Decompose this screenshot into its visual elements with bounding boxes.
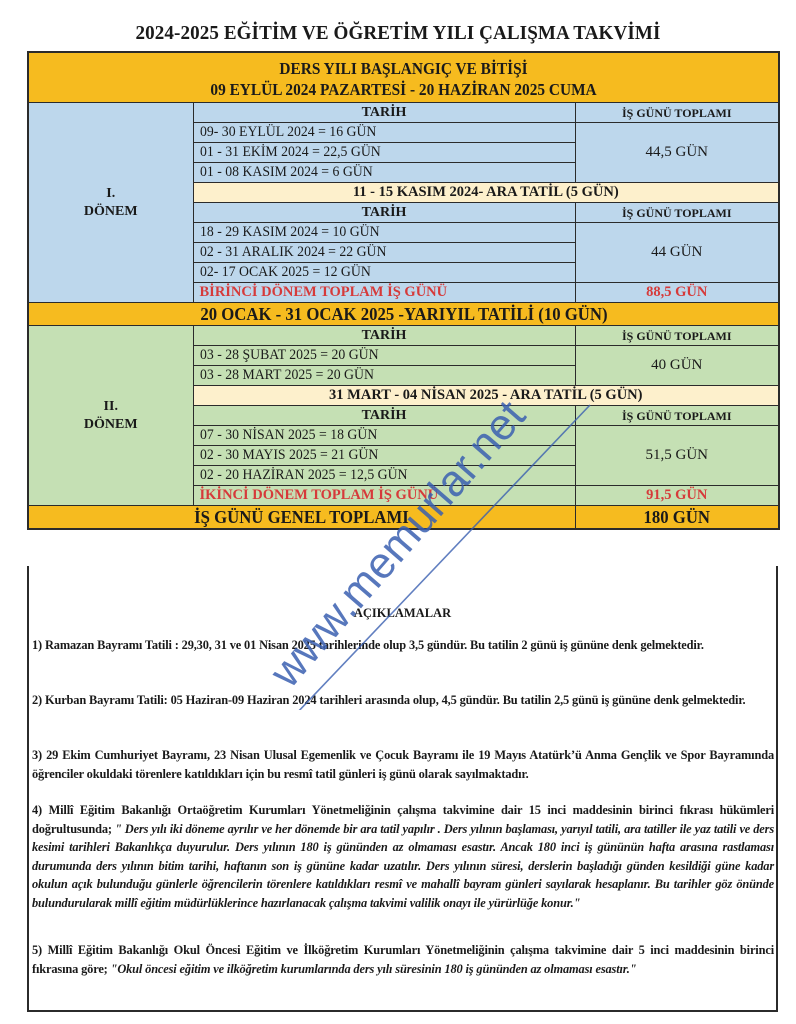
mid-term-break: 11 - 15 KASIM 2024- ARA TATİL (5 GÜN) — [193, 183, 779, 203]
note-item: 2) Kurban Bayramı Tatili: 05 Haziran-09 … — [32, 691, 774, 710]
column-header-date: TARİH — [193, 103, 575, 123]
semester1-label-text: DÖNEM — [29, 203, 193, 221]
mid-term-break: 31 MART - 04 NİSAN 2025 - ARA TATİL (5 G… — [193, 386, 779, 406]
semester2-label: II. DÖNEM — [28, 326, 193, 506]
column-header-total: İŞ GÜNÜ TOPLAMI — [575, 326, 779, 346]
column-header-date: TARİH — [193, 326, 575, 346]
semester1-label-number: I. — [29, 185, 193, 203]
column-header-total: İŞ GÜNÜ TOPLAMI — [575, 103, 779, 123]
semester-break: 20 OCAK - 31 OCAK 2025 -YARIYIL TATİLİ (… — [28, 303, 779, 326]
date-range-row: 02 - 30 MAYIS 2025 = 21 GÜN — [193, 446, 575, 466]
date-range-row: 02- 17 OCAK 2025 = 12 GÜN — [193, 263, 575, 283]
subtotal-value: 44,5 GÜN — [575, 123, 779, 183]
date-range-row: 01 - 31 EKİM 2024 = 22,5 GÜN — [193, 143, 575, 163]
column-header-date: TARİH — [193, 406, 575, 426]
date-range-row: 03 - 28 ŞUBAT 2025 = 20 GÜN — [193, 346, 575, 366]
semester2-label-number: II. — [29, 398, 193, 416]
date-range-row: 02 - 31 ARALIK 2024 = 22 GÜN — [193, 243, 575, 263]
note-item: 5) Millî Eğitim Bakanlığı Okul Öncesi Eğ… — [32, 941, 774, 978]
date-range-row: 18 - 29 KASIM 2024 = 10 GÜN — [193, 223, 575, 243]
subtotal-value: 44 GÜN — [575, 223, 779, 283]
page-title: 2024-2025 EĞİTİM VE ÖĞRETİM YILI ÇALIŞMA… — [28, 22, 768, 45]
semester2-total-value: 91,5 GÜN — [575, 486, 779, 506]
semester2-total-label: İKİNCİ DÖNEM TOPLAM İŞ GÜNÜ — [193, 486, 575, 506]
notes-section: AÇIKLAMALAR 1) Ramazan Bayramı Tatili : … — [27, 566, 778, 1012]
subtotal-value: 51,5 GÜN — [575, 426, 779, 486]
column-header-total: İŞ GÜNÜ TOPLAMI — [575, 203, 779, 223]
date-range-row: 09- 30 EYLÜL 2024 = 16 GÜN — [193, 123, 575, 143]
semester1-label: I. DÖNEM — [28, 103, 193, 303]
date-range-row: 02 - 20 HAZİRAN 2025 = 12,5 GÜN — [193, 466, 575, 486]
header-line1: DERS YILI BAŞLANGIÇ VE BİTİŞİ — [55, 57, 752, 78]
date-range-row: 03 - 28 MART 2025 = 20 GÜN — [193, 366, 575, 386]
subtotal-value: 40 GÜN — [575, 346, 779, 386]
note-item: 3) 29 Ekim Cumhuriyet Bayramı, 23 Nisan … — [32, 746, 774, 783]
semester1-total-value: 88,5 GÜN — [575, 283, 779, 303]
calendar-table: DERS YILI BAŞLANGIÇ VE BİTİŞİ 09 EYLÜL 2… — [27, 51, 780, 530]
year-span-header: DERS YILI BAŞLANGIÇ VE BİTİŞİ 09 EYLÜL 2… — [28, 52, 779, 103]
grand-total-label: İŞ GÜNÜ GENEL TOPLAMI — [28, 506, 575, 530]
semester1-total-label: BİRİNCİ DÖNEM TOPLAM İŞ GÜNÜ — [193, 283, 575, 303]
header-line2: 09 EYLÜL 2024 PAZARTESİ - 20 HAZİRAN 202… — [55, 78, 752, 99]
semester2-label-text: DÖNEM — [29, 416, 193, 434]
date-range-row: 01 - 08 KASIM 2024 = 6 GÜN — [193, 163, 575, 183]
note-item: 1) Ramazan Bayramı Tatili : 29,30, 31 ve… — [32, 636, 774, 655]
date-range-row: 07 - 30 NİSAN 2025 = 18 GÜN — [193, 426, 575, 446]
notes-title: AÇIKLAMALAR — [29, 606, 776, 621]
grand-total-value: 180 GÜN — [575, 506, 779, 530]
column-header-total: İŞ GÜNÜ TOPLAMI — [575, 406, 779, 426]
column-header-date: TARİH — [193, 203, 575, 223]
note-item: 4) Millî Eğitim Bakanlığı Ortaöğretim Ku… — [32, 801, 774, 912]
